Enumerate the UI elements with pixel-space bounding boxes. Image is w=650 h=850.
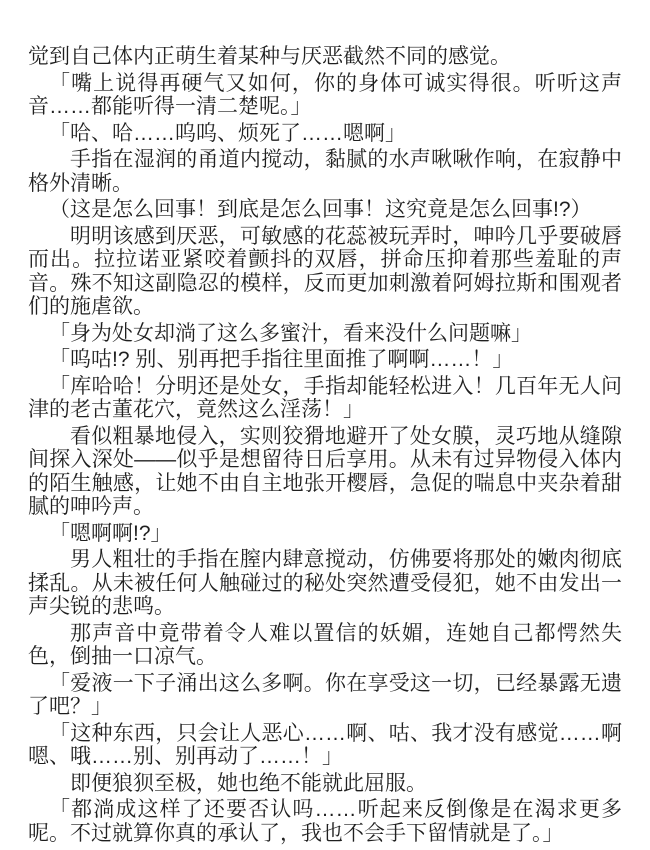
paragraph-4: 手指在湿润的甬道内搅动，黏腻的水声啾啾作响，在寂静中格外清晰。 — [28, 148, 622, 195]
paragraph-2: 「嘴上说得再硬气又如何，你的身体可诚实得很。听听这声音……都能听得一清二楚呢。」 — [28, 72, 622, 119]
paragraph-15: 「这种东西，只会让人恶心……啊、咕、我才没有感觉……啊嗯、哦……别、别再动了……… — [28, 722, 622, 769]
paragraph-8: 「呜咕!? 别、别再把手指往里面推了啊啊……！」 — [28, 348, 622, 372]
reader-page: 觉到自己体内正萌生着某种与厌恶截然不同的感觉。 「嘴上说得再硬气又如何，你的身体… — [0, 0, 650, 850]
paragraph-10: 看似粗暴地侵入，实则狡猾地避开了处女膜，灵巧地从缝隙间探入深处——似乎是想留待日… — [28, 425, 622, 519]
paragraph-9: 「库哈哈！分明还是处女，手指却能轻松进入！几百年无人问津的老古董花穴，竟然这么淫… — [28, 375, 622, 422]
paragraph-5: （这是怎么回事！到底是怎么回事！这究竟是怎么回事!?） — [28, 198, 622, 222]
paragraph-13: 那声音中竟带着令人难以置信的妖媚，连她自己都愕然失色，倒抽一口凉气。 — [28, 622, 622, 669]
paragraph-11: 「嗯啊啊!?」 — [28, 522, 622, 546]
paragraph-6: 明明该感到厌恶，可敏感的花蕊被玩弄时，呻吟几乎要破唇而出。拉拉诺亚紧咬着颤抖的双… — [28, 225, 622, 319]
paragraph-17: 「都淌成这样了还要否认吗……听起来反倒像是在渴求更多呢。不过就算你真的承认了，我… — [28, 798, 622, 845]
paragraph-1: 觉到自己体内正萌生着某种与厌恶截然不同的感觉。 — [28, 45, 622, 69]
paragraph-3: 「哈、哈……呜呜、烦死了……嗯啊」 — [28, 122, 622, 146]
paragraph-16: 即便狼狈至极，她也绝不能就此屈服。 — [28, 772, 622, 796]
paragraph-12: 男人粗壮的手指在膣内肆意搅动，仿佛要将那处的嫩肉彻底揉乱。从未被任何人触碰过的秘… — [28, 548, 622, 619]
paragraph-7: 「身为处女却淌了这么多蜜汁，看来没什么问题嘛」 — [28, 322, 622, 346]
paragraph-14: 「爱液一下子涌出这么多啊。你在享受这一切，已经暴露无遗了吧？」 — [28, 672, 622, 719]
